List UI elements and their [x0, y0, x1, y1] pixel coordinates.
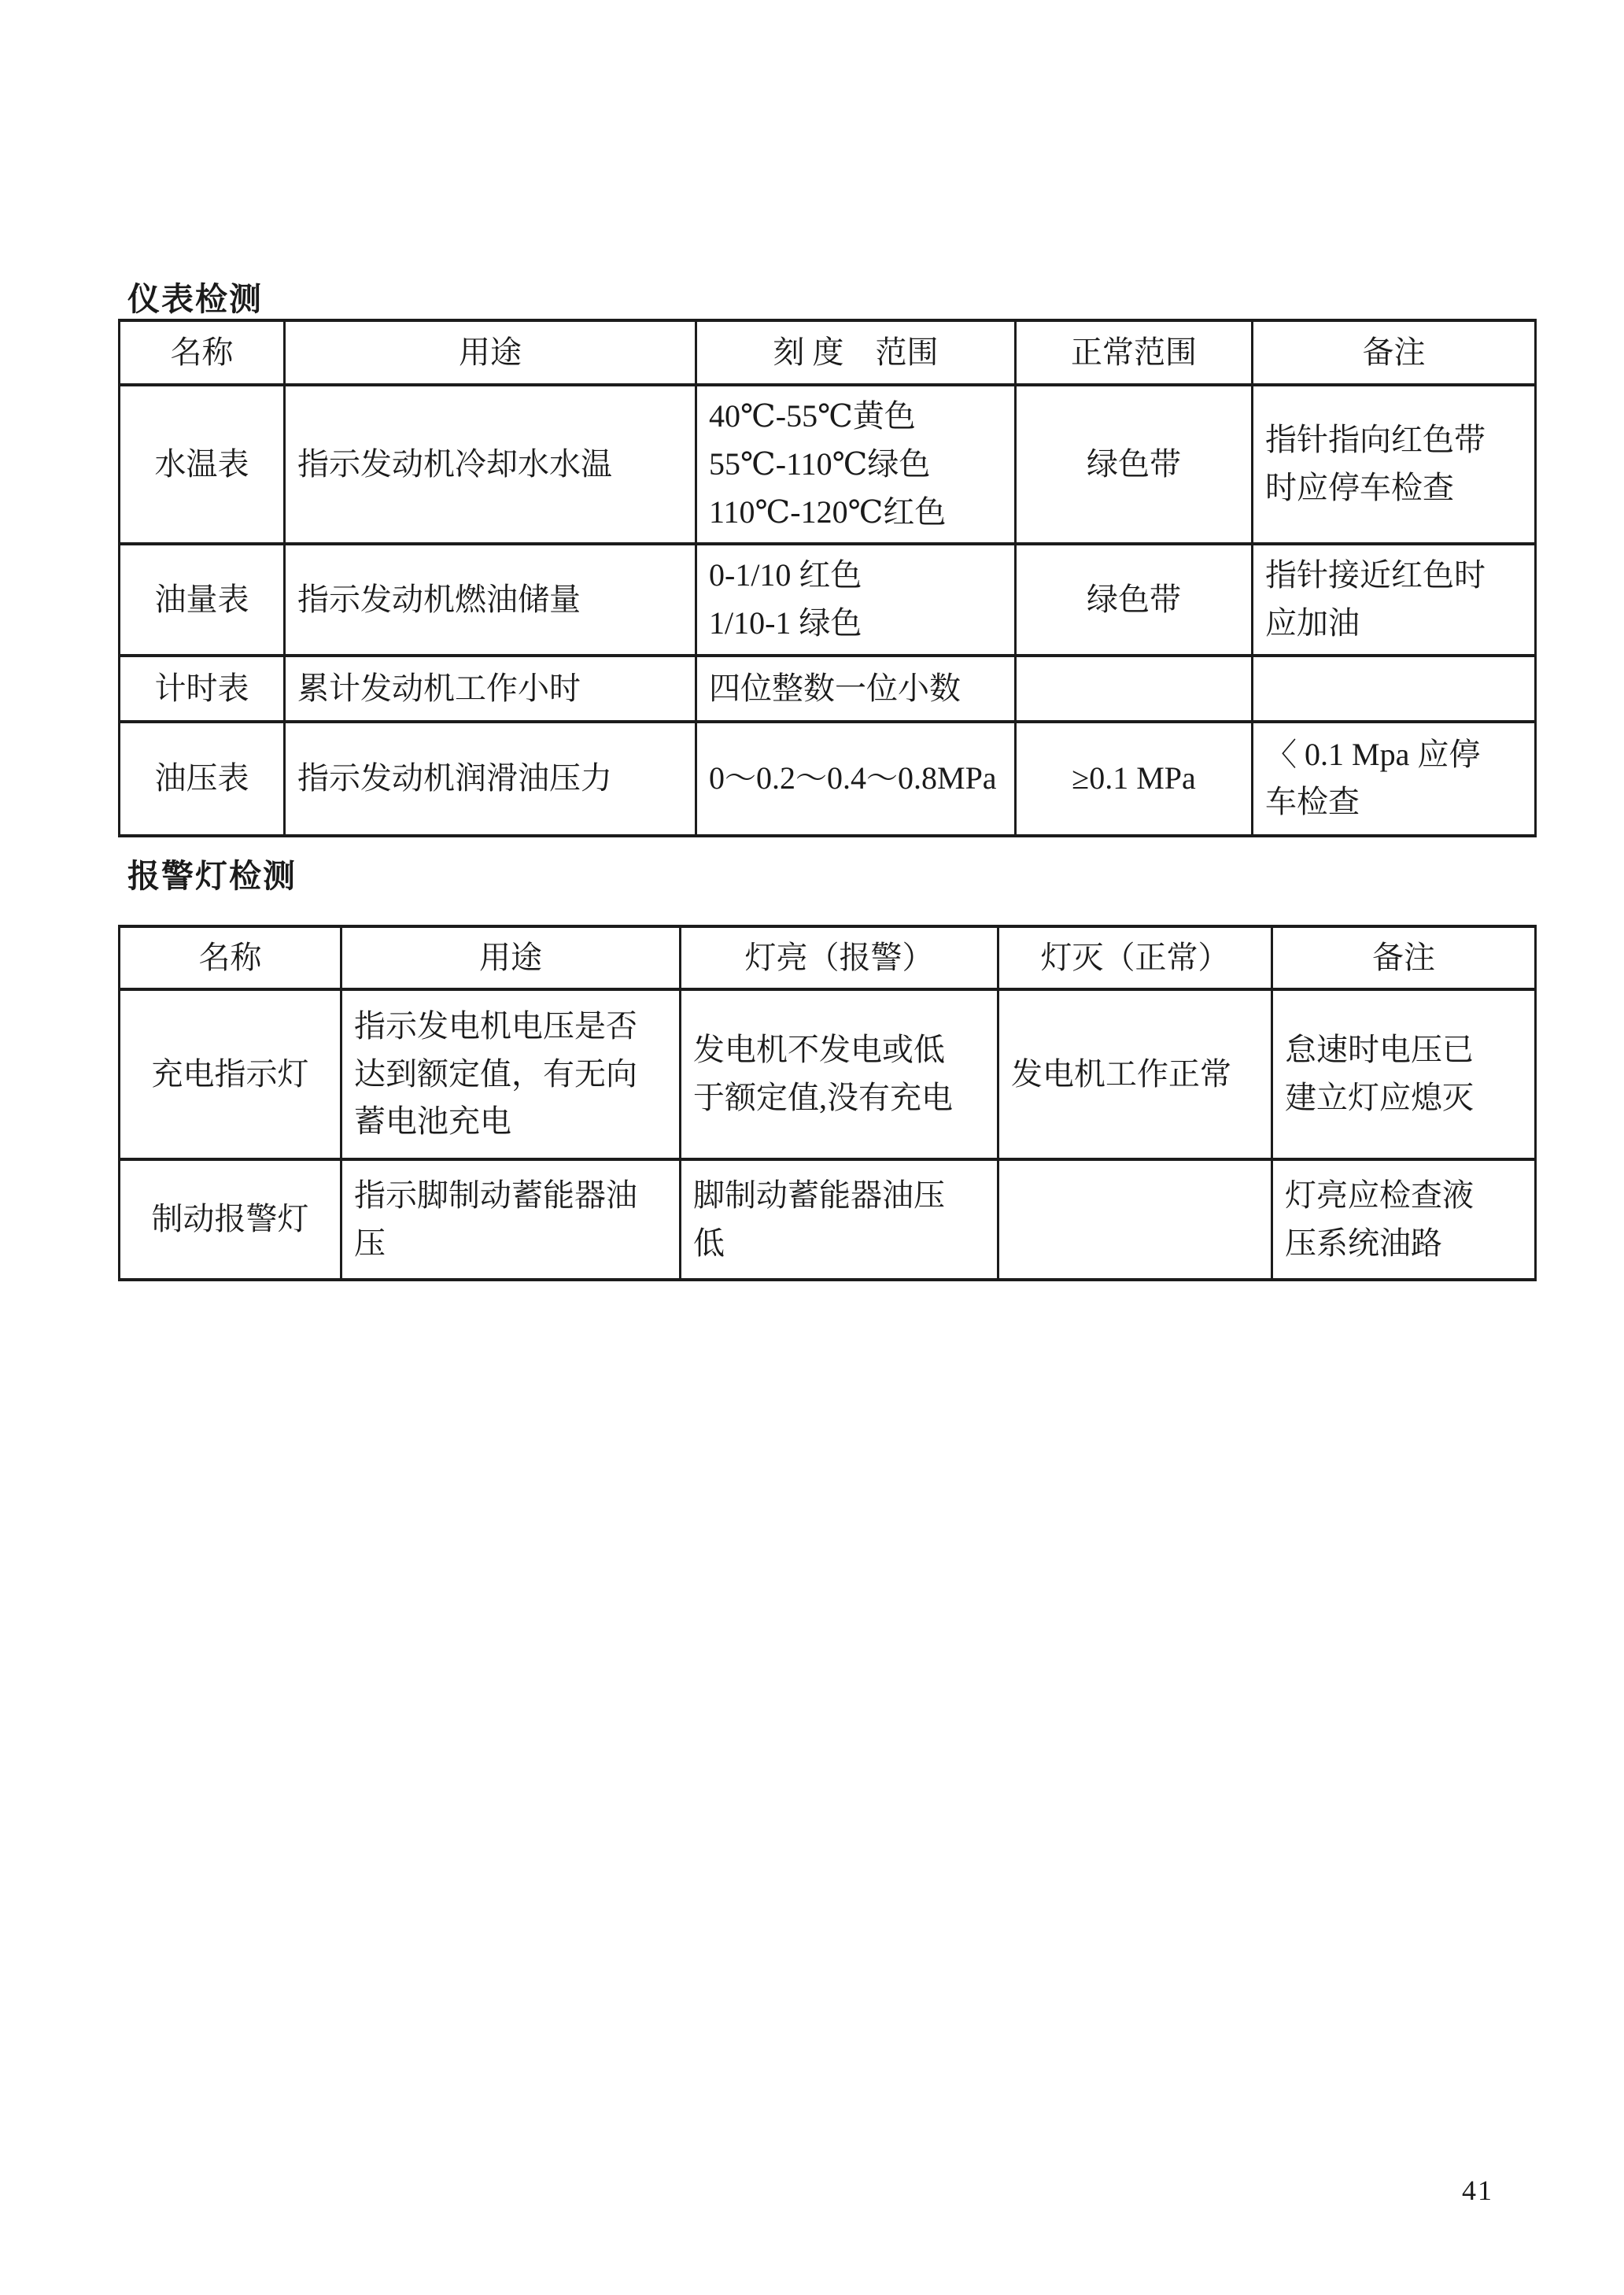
name-cell: 水温表 — [120, 385, 285, 544]
normal-range-cell — [1016, 656, 1253, 722]
light-off-cell — [998, 1159, 1272, 1280]
header-scale-range: 刻 度 范围 — [696, 320, 1016, 385]
remark-cell: 指针指向红色带 时应停车检查 — [1253, 385, 1536, 544]
remark-cell: 指针接近红色时 应加油 — [1253, 544, 1536, 656]
usage-cell: 指示发电机电压是否 达到额定值，有无向 蓄电池充电 — [341, 989, 681, 1159]
name-cell: 计时表 — [120, 656, 285, 722]
header-light-on: 灯亮（报警） — [681, 926, 998, 989]
header-normal-range: 正常范围 — [1016, 320, 1253, 385]
name-cell: 充电指示灯 — [120, 989, 341, 1159]
table-row: 计时表 累计发动机工作小时 四位整数一位小数 — [120, 656, 1536, 722]
name-cell: 制动报警灯 — [120, 1159, 341, 1280]
document-page: 仪表检测 名称 用途 刻 度 范围 正常范围 备注 水温表 指示发动机冷却水水温… — [0, 0, 1624, 2295]
header-light-off: 灯灭（正常） — [998, 926, 1272, 989]
scale-range-cell: 40℃-55℃黄色 55℃-110℃绿色 110℃-120℃红色 — [696, 385, 1016, 544]
name-cell: 油压表 — [120, 722, 285, 836]
remark-cell: 怠速时电压已 建立灯应熄灭 — [1272, 989, 1536, 1159]
normal-range-cell: 绿色带 — [1016, 544, 1253, 656]
usage-cell: 累计发动机工作小时 — [285, 656, 696, 722]
light-on-cell: 脚制动蓄能器油压 低 — [681, 1159, 998, 1280]
normal-range-cell: 绿色带 — [1016, 385, 1253, 544]
header-usage: 用途 — [341, 926, 681, 989]
table-header-row: 名称 用途 灯亮（报警） 灯灭（正常） 备注 — [120, 926, 1536, 989]
scale-range-cell: 0～0.2～0.4～0.8MPa — [696, 722, 1016, 836]
normal-range-cell: ≥0.1 MPa — [1016, 722, 1253, 836]
table-row: 充电指示灯 指示发电机电压是否 达到额定值，有无向 蓄电池充电 发电机不发电或低… — [120, 989, 1536, 1159]
table-row: 油压表 指示发动机润滑油压力 0～0.2～0.4～0.8MPa ≥0.1 MPa… — [120, 722, 1536, 836]
header-remark: 备注 — [1272, 926, 1536, 989]
warning-lights-table: 名称 用途 灯亮（报警） 灯灭（正常） 备注 充电指示灯 指示发电机电压是否 达… — [118, 925, 1537, 1281]
usage-cell: 指示发动机冷却水水温 — [285, 385, 696, 544]
header-usage: 用途 — [285, 320, 696, 385]
remark-cell: 灯亮应检查液 压系统油路 — [1272, 1159, 1536, 1280]
usage-cell: 指示发动机润滑油压力 — [285, 722, 696, 836]
page-number: 41 — [1462, 2174, 1493, 2207]
section-title-instruments: 仪表检测 — [127, 273, 263, 320]
header-name: 名称 — [120, 926, 341, 989]
table-row: 油量表 指示发动机燃油储量 0-1/10 红色 1/10-1 绿色 绿色带 指针… — [120, 544, 1536, 656]
light-off-cell: 发电机工作正常 — [998, 989, 1272, 1159]
light-on-cell: 发电机不发电或低 于额定值,没有充电 — [681, 989, 998, 1159]
usage-cell: 指示发动机燃油储量 — [285, 544, 696, 656]
remark-cell: 〈 0.1 Mpa 应停 车检查 — [1253, 722, 1536, 836]
scale-range-cell: 0-1/10 红色 1/10-1 绿色 — [696, 544, 1016, 656]
remark-cell — [1253, 656, 1536, 722]
usage-cell: 指示脚制动蓄能器油 压 — [341, 1159, 681, 1280]
header-name: 名称 — [120, 320, 285, 385]
table-row: 制动报警灯 指示脚制动蓄能器油 压 脚制动蓄能器油压 低 灯亮应检查液 压系统油… — [120, 1159, 1536, 1280]
header-remark: 备注 — [1253, 320, 1536, 385]
table-row: 水温表 指示发动机冷却水水温 40℃-55℃黄色 55℃-110℃绿色 110℃… — [120, 385, 1536, 544]
table-header-row: 名称 用途 刻 度 范围 正常范围 备注 — [120, 320, 1536, 385]
section-title-warning-lights: 报警灯检测 — [127, 850, 297, 896]
name-cell: 油量表 — [120, 544, 285, 656]
scale-range-cell: 四位整数一位小数 — [696, 656, 1016, 722]
instruments-table: 名称 用途 刻 度 范围 正常范围 备注 水温表 指示发动机冷却水水温 40℃-… — [118, 319, 1537, 837]
